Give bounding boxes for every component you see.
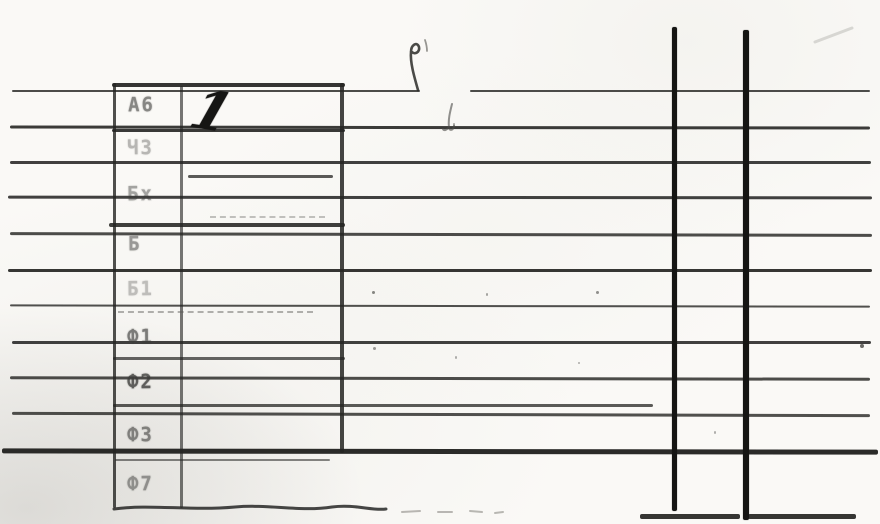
table-bottom-edge [114, 506, 386, 509]
scan-smear [815, 28, 852, 42]
pen-mark [443, 104, 454, 130]
scanned-form-page: А6 Ч3 Бх Б Б1 Ф1 Ф2 Ф3 Ф7 1 [0, 0, 880, 524]
bottom-faint-dashes [402, 511, 503, 513]
pen-marks-layer [0, 0, 880, 524]
pen-mark [411, 44, 419, 90]
pen-mark [425, 40, 427, 51]
